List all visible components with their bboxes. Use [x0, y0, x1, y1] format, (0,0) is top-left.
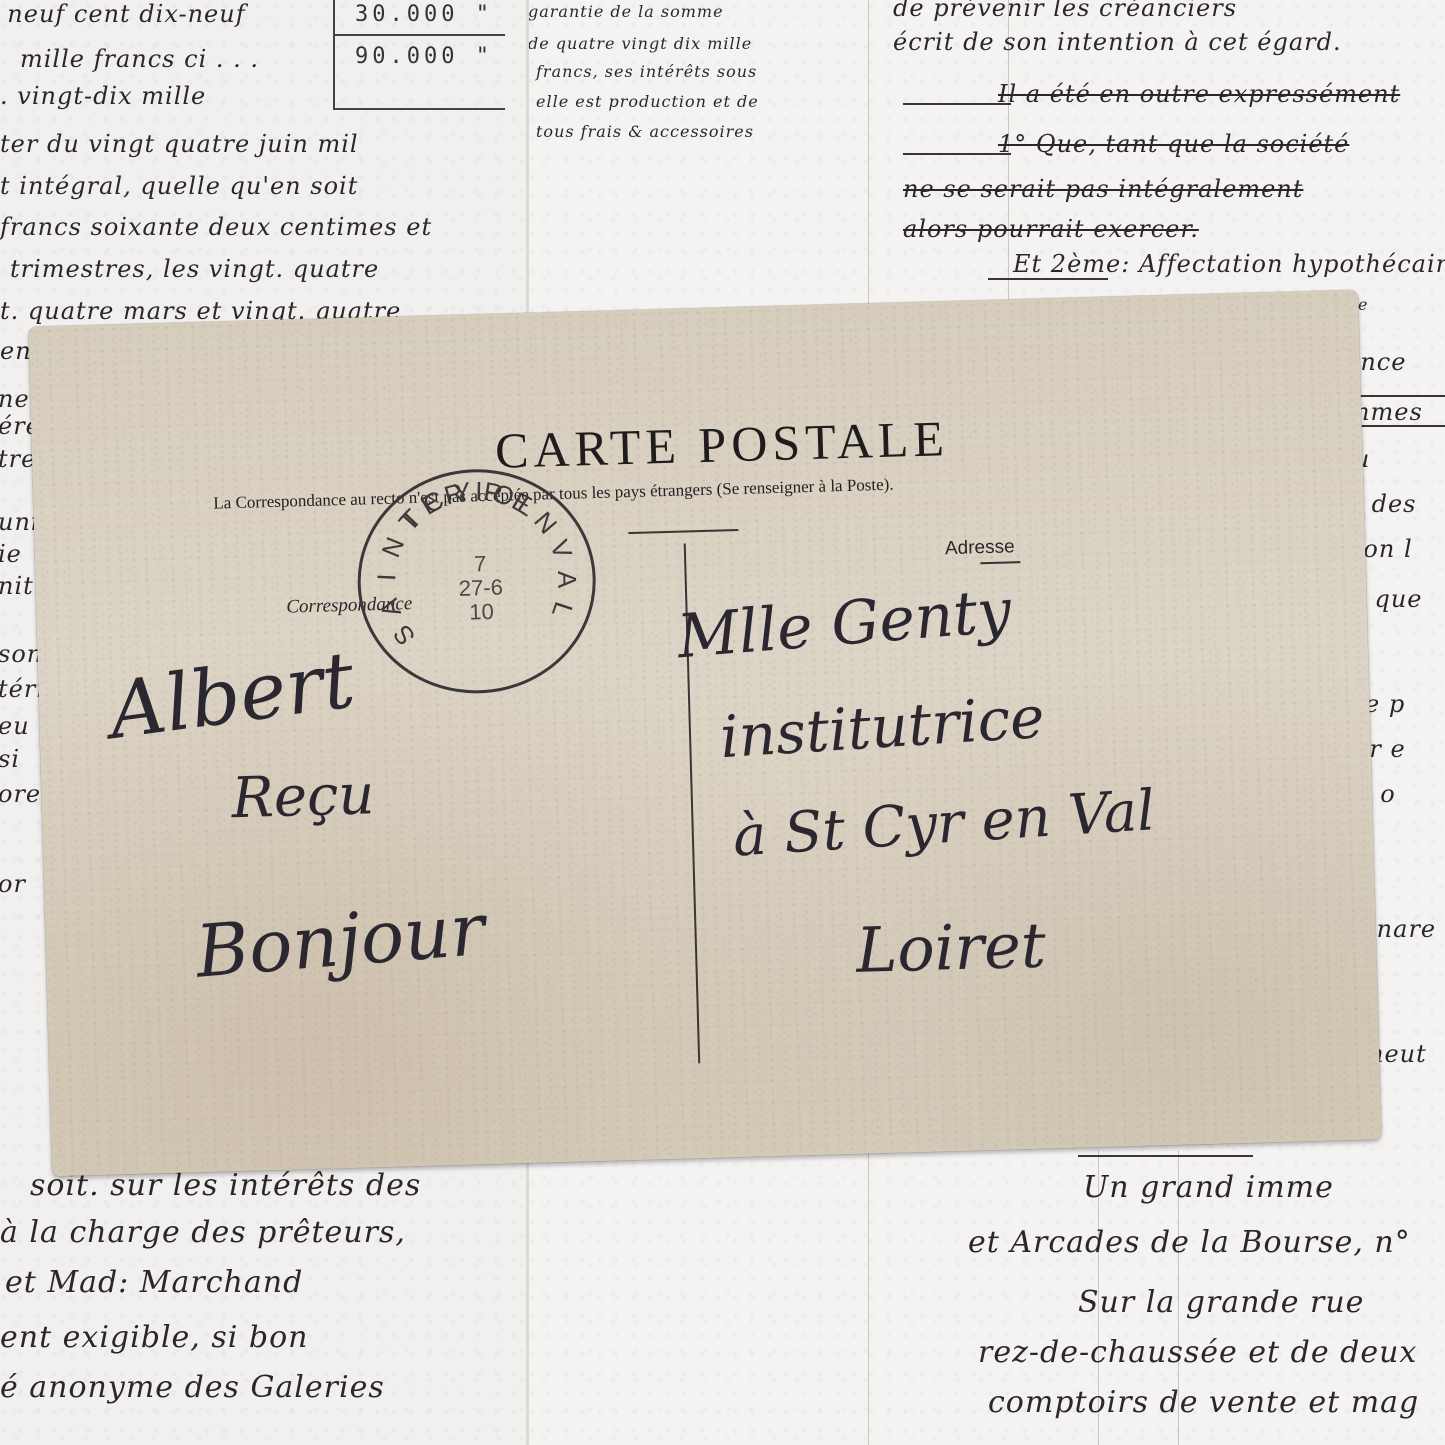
message-line-greeting: Bonjour [193, 887, 488, 994]
margin-note-line: francs, ses intérêts sous [536, 62, 757, 81]
margin-note-line: tous frais & accessoires [536, 122, 754, 141]
handwritten-line: si [0, 745, 20, 773]
handwritten-line: et Mad: Marchand [5, 1265, 303, 1300]
handwritten-line: et Arcades de la Bourse, n° [968, 1225, 1411, 1260]
handwritten-line: t intégral, quelle qu'en soit [0, 172, 358, 200]
handwritten-line: eu [0, 712, 30, 740]
handwritten-line-struck: Il a été en outre expressément [998, 80, 1400, 108]
handwritten-line: rez-de-chaussée et de deux [978, 1335, 1417, 1370]
handwritten-line: francs soixante deux centimes et [0, 213, 432, 241]
handwritten-line: à la charge des prêteurs, [0, 1215, 406, 1250]
handwritten-line: . vingt-dix mille [0, 82, 206, 110]
margin-note-line: de quatre vingt dix mille [528, 34, 752, 53]
handwritten-line: comptoirs de vente et mag [988, 1385, 1419, 1420]
handwritten-line: ie [0, 540, 22, 568]
handwritten-line: l neuf cent dix-neuf [0, 0, 246, 28]
handwritten-line: Et 2ème: Affectation hypothécaire [1013, 250, 1445, 278]
message-line-name: Albert [104, 635, 360, 757]
amount-2: 90.000 " [355, 44, 493, 69]
handwritten-line: écrit de son intention à cet égard. [893, 28, 1342, 56]
handwritten-line: or [0, 870, 26, 898]
postmark-stamp: SAINTCYRENVALLOIRET 7 27-6 10 [355, 466, 599, 697]
amount-1: 30.000 " [355, 2, 493, 27]
address-line-occupation: institutrice [718, 683, 1046, 771]
address-line-recipient: Mlle Genty [675, 576, 1014, 673]
handwritten-line: Un grand imme [1083, 1170, 1334, 1205]
amount-box: 30.000 " 90.000 " [333, 0, 505, 110]
postmark-date: 7 27-6 10 [450, 551, 512, 625]
margin-note-line: elle est production et de [536, 92, 759, 111]
address-label: Adresse [945, 536, 1015, 560]
handwritten-line: ent exigible, si bon [0, 1320, 308, 1355]
handwritten-line: ter du vingt quatre juin mil [0, 130, 359, 158]
handwritten-line: é anonyme des Galeries [0, 1370, 385, 1405]
handwritten-line: inare [1368, 915, 1436, 943]
address-underline [980, 561, 1020, 564]
handwritten-line: nit [0, 572, 34, 600]
handwritten-line: trimestres, les vingt. quatre [10, 255, 379, 283]
handwritten-line-struck: alors pourrait exercer. [903, 215, 1199, 243]
handwritten-line: mille francs ci . . . [20, 45, 259, 73]
address-line-department: Loiret [855, 909, 1047, 987]
divider-top-rule [628, 529, 738, 534]
postcard-title: CARTE POSTALE [31, 398, 1362, 493]
margin-note-line: garantie de la somme [528, 2, 724, 21]
handwritten-line-struck: ne se serait pas intégralement [903, 175, 1303, 203]
handwritten-line-struck: 1° Que, tant que la société [998, 130, 1349, 158]
handwritten-line: de prévenir les créanciers [893, 0, 1237, 22]
postcard: CARTE POSTALE La Correspondance au recto… [28, 290, 1381, 1177]
address-line-town: à St Cyr en Val [731, 778, 1157, 869]
handwritten-line: Sur la grande rue [1078, 1285, 1364, 1320]
message-line-recu: Reçu [231, 762, 375, 831]
